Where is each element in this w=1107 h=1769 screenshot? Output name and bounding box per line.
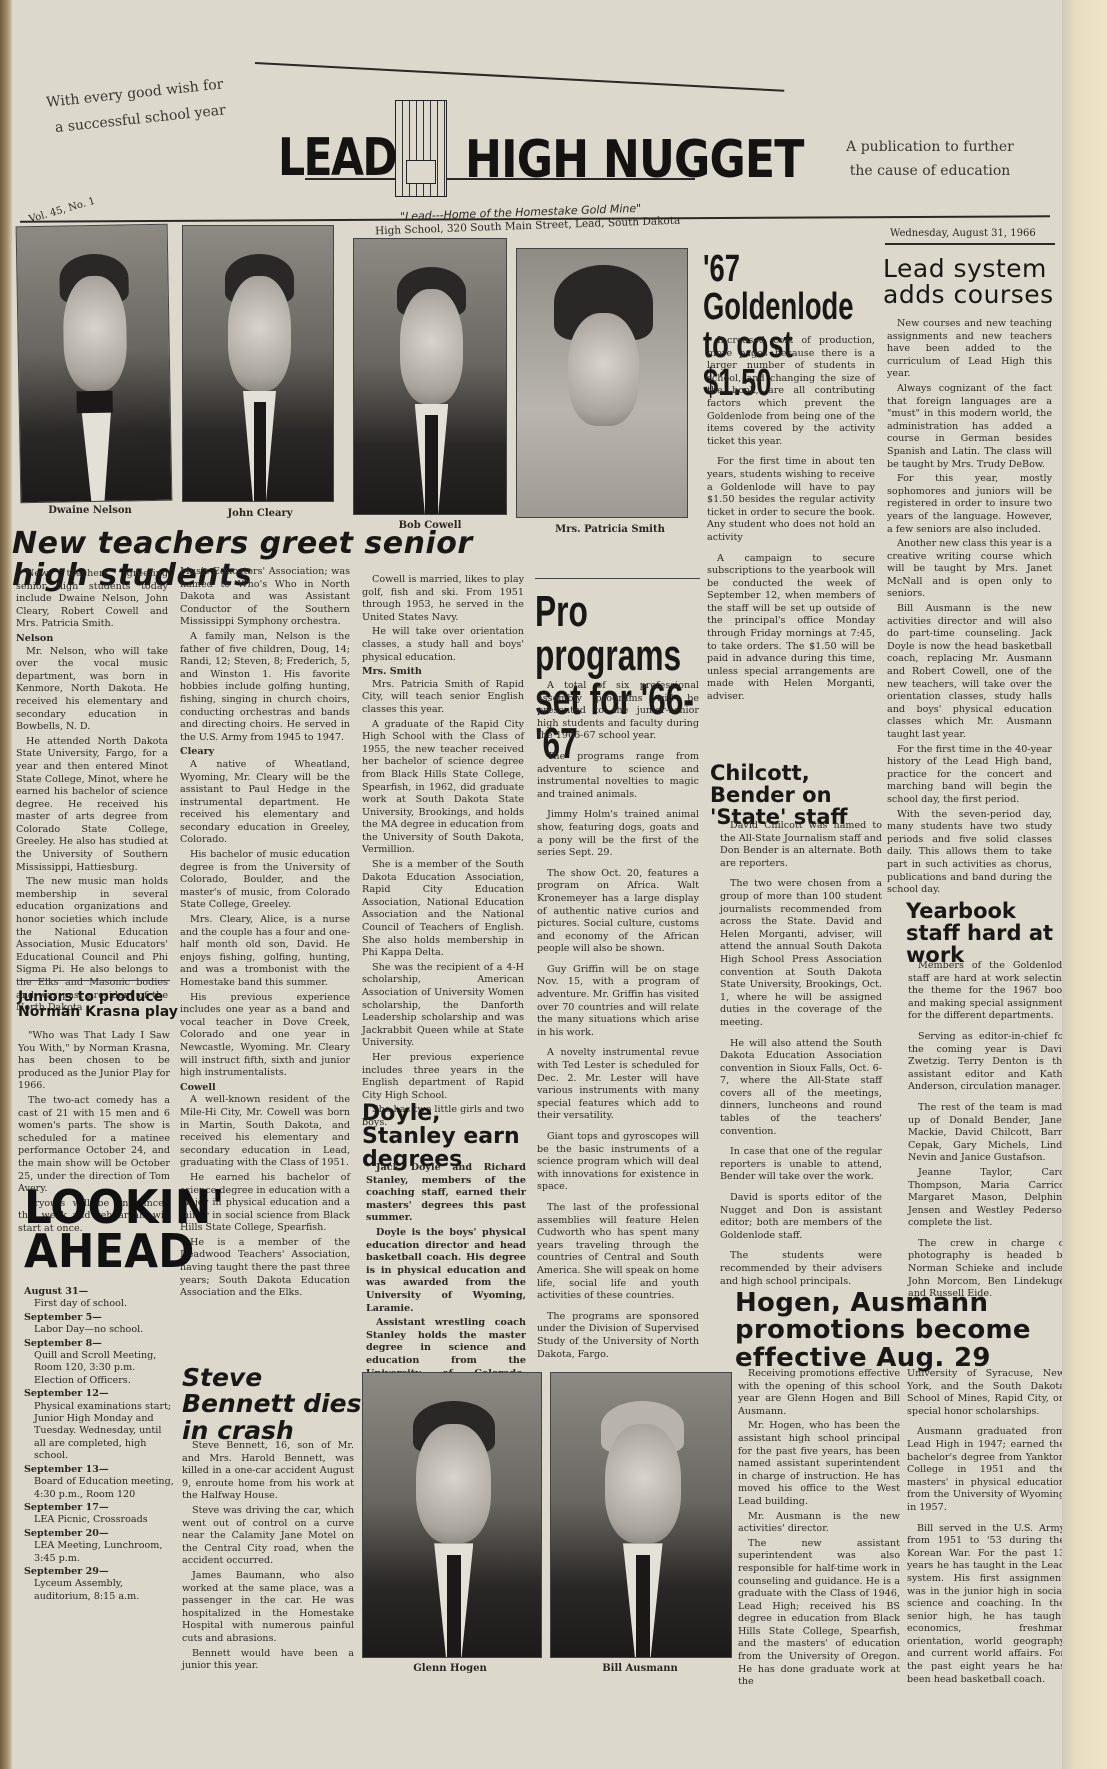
article-new-teachers-col3: Cowell is married, likes to play golf, f… — [362, 574, 524, 1132]
paragraph: A total of six professional assembly pro… — [537, 680, 699, 743]
paragraph: A graduate of the Rapid City High School… — [362, 719, 524, 858]
calendar-item: September 13—Board of Education meeting,… — [24, 1464, 176, 1501]
newspaper-page: With every good wish for a successful sc… — [10, 0, 1062, 1769]
paragraph: Cowell is married, likes to play golf, f… — [362, 574, 524, 624]
paragraph: Increased cost of production, more pages… — [707, 335, 875, 448]
paragraph: For this year, mostly sophomores and jun… — [887, 473, 1052, 536]
caption-bill-ausmann: Bill Ausmann — [580, 1663, 700, 1674]
calendar-item: September 8—Quill and Scroll Meeting, Ro… — [24, 1338, 176, 1388]
paragraph: Bennett would have been a junior this ye… — [182, 1648, 354, 1673]
caption-dwaine-nelson: Dwaine Nelson — [40, 505, 140, 516]
paragraph: Mr. Ausmann is the new activities' direc… — [738, 1511, 900, 1536]
paragraph: Giant tops and gyroscopes will be the ba… — [537, 1131, 699, 1194]
paragraph: A well-known resident of the Mile-Hi Cit… — [180, 1094, 350, 1170]
calendar-text: Board of Education meeting, 4:30 p.m., R… — [24, 1476, 176, 1501]
paragraph: Members of the Goldenlode staff are hard… — [908, 960, 1068, 1023]
paragraph: The rest of the team is made up of Donal… — [908, 1102, 1068, 1165]
calendar-item: September 29—Lyceum Assembly, auditorium… — [24, 1566, 176, 1603]
photo-dwaine-nelson — [16, 224, 173, 504]
calendar-item: September 12—Physical examinations start… — [24, 1388, 176, 1462]
paragraph: Bill served in the U.S. Army from 1951 t… — [907, 1523, 1065, 1687]
paragraph: The new assistant superintendent was als… — [738, 1538, 900, 1689]
paragraph: Mrs. Patricia Smith of Rapid City, will … — [362, 679, 524, 717]
calendar-text: Labor Day—no school. — [24, 1324, 176, 1336]
subhead-cowell: Cowell — [180, 1082, 350, 1095]
paragraph: "Who was That Lady I Saw You With," by N… — [18, 1030, 170, 1093]
paragraph: He will also attend the South Dakota Edu… — [720, 1038, 882, 1139]
calendar-text: LEA Meeting, Lunchroom, 3:45 p.m. — [24, 1540, 176, 1565]
paragraph: Jimmy Holm's trained animal show, featur… — [537, 809, 699, 859]
photo-bob-cowell — [353, 238, 507, 515]
subhead-cleary: Cleary — [180, 746, 350, 759]
photo-glenn-hogen — [362, 1372, 542, 1658]
headline-lead-system: Lead system adds courses — [883, 256, 1063, 309]
paragraph: For the first time in about ten years, s… — [707, 456, 875, 544]
paragraph: The students were recommended by their a… — [720, 1250, 882, 1288]
headline-hogen-ausmann: Hogen, Ausmann promotions become effecti… — [735, 1290, 1065, 1372]
paragraph: David is sports editor of the Nugget and… — [720, 1192, 882, 1242]
paragraph: Steve was driving the car, which went ou… — [182, 1505, 354, 1568]
calendar-item: September 5—Labor Day—no school. — [24, 1312, 176, 1337]
lookin-ahead-title: LOOKIN' AHEAD — [24, 1185, 225, 1273]
calendar-text: First day of school. — [24, 1298, 176, 1310]
paragraph: His bachelor of music education degree i… — [180, 849, 350, 912]
paragraph: A campaign to secure subscriptions to th… — [707, 553, 875, 704]
article-lead-system: New courses and new teaching assignments… — [887, 318, 1052, 899]
masthead-tagline-right: A publication to further the cause of ed… — [840, 135, 1020, 183]
calendar-item: August 31—First day of school. — [24, 1286, 176, 1311]
lookin-line: LOOKIN' — [24, 1185, 225, 1229]
paragraph: A family man, Nelson is the father of fi… — [180, 631, 350, 744]
paragraph: Doyle is the boys' physical education di… — [366, 1227, 526, 1315]
subhead-mrs-smith: Mrs. Smith — [362, 666, 524, 679]
photo-bill-ausmann — [550, 1372, 732, 1658]
paragraph: His previous experience includes one yea… — [180, 992, 350, 1080]
calendar-date: September 17— — [24, 1502, 176, 1514]
divider — [18, 980, 170, 981]
calendar-text: Lyceum Assembly, auditorium, 8:15 a.m. — [24, 1578, 176, 1603]
paragraph: Jeanne Taylor, Carol Thompson, Maria Car… — [908, 1167, 1068, 1230]
headline-doyle-stanley: Doyle, Stanley earn degrees — [362, 1102, 527, 1171]
book-binding-edge — [0, 0, 12, 1769]
paragraph: Ausmann graduated from Lead High in 1947… — [907, 1426, 1065, 1514]
page-edge — [1062, 0, 1107, 1769]
article-hogen-ausmann-col2: University of Syracuse, New York, and th… — [907, 1368, 1065, 1688]
paragraph: The programs range from adventure to sci… — [537, 751, 699, 801]
paragraph: The last of the professional assemblies … — [537, 1202, 699, 1303]
calendar-text: Quill and Scroll Meeting, Room 120, 3:30… — [24, 1350, 176, 1387]
headline-chilcott-bender: Chilcott, Bender on 'State' staff — [710, 762, 885, 828]
caption-john-cleary: John Cleary — [210, 508, 310, 519]
subhead-nelson: Nelson — [16, 633, 168, 646]
tagline-right-line2: the cause of education — [840, 159, 1020, 183]
article-bennett: Steve Bennett, 16, son of Mr. and Mrs. H… — [182, 1440, 354, 1675]
masthead-tagline-left: With every good wish for a successful sc… — [45, 71, 227, 141]
photo-john-cleary — [182, 225, 334, 502]
headline-bennett: Steve Bennett dies in crash — [182, 1365, 362, 1444]
paragraph: Music Educators' Association; was named … — [180, 566, 350, 629]
paragraph: Steve Bennett, 16, son of Mr. and Mrs. H… — [182, 1440, 354, 1503]
paragraph: The two were chosen from a group of more… — [720, 878, 882, 1029]
paragraph: The show Oct. 20, features a program on … — [537, 868, 699, 956]
article-goldenlode: Increased cost of production, more pages… — [707, 335, 875, 706]
paragraph: With the seven-period day, many students… — [887, 809, 1052, 897]
article-new-teachers-col1: New teachers greeting senior high studen… — [16, 568, 168, 1017]
photo-patricia-smith — [516, 248, 688, 518]
paragraph: Guy Griffin will be on stage Nov. 15, wi… — [537, 964, 699, 1040]
calendar-date: September 8— — [24, 1338, 176, 1350]
caption-patricia-smith: Mrs. Patricia Smith — [550, 524, 670, 535]
paragraph: New teachers greeting senior high studen… — [16, 568, 168, 631]
headframe-logo-icon — [395, 100, 447, 197]
article-chilcott-bender: David Chilcott was named to the All-Stat… — [720, 820, 882, 1290]
article-hogen-ausmann-col1: Receiving promotions effective with the … — [738, 1368, 900, 1691]
calendar-date: September 29— — [24, 1566, 176, 1578]
paragraph: Serving as editor-in-chief for the comin… — [908, 1031, 1068, 1094]
masthead-title-lead: LEAD — [278, 128, 396, 188]
paragraph: James Baumann, who also worked at the sa… — [182, 1570, 354, 1646]
paragraph: University of Syracuse, New York, and th… — [907, 1368, 1065, 1418]
paragraph: She was the recipient of a 4-H scholarsh… — [362, 962, 524, 1050]
calendar-text: Physical examinations start; Junior High… — [24, 1401, 176, 1463]
paragraph: Bill Ausmann is the new activities direc… — [887, 603, 1052, 742]
dateline-rule — [885, 243, 1055, 245]
calendar-date: September 20— — [24, 1528, 176, 1540]
paragraph: She is a member of the South Dakota Educ… — [362, 859, 524, 960]
calendar-date: September 12— — [24, 1388, 176, 1400]
ahead-line: AHEAD — [24, 1229, 225, 1273]
paragraph: The programs are sponsored under the Div… — [537, 1311, 699, 1361]
paragraph: Jack Doyle and Richard Stanley, members … — [366, 1162, 526, 1225]
article-yearbook: Members of the Goldenlode staff are hard… — [908, 960, 1068, 1303]
paragraph: He attended North Dakota State Universit… — [16, 736, 168, 875]
calendar-date: September 5— — [24, 1312, 176, 1324]
paragraph: Her previous experience includes three y… — [362, 1052, 524, 1102]
paragraph: A native of Wheatland, Wyoming, Mr. Clea… — [180, 759, 350, 847]
calendar-item: September 17—LEA Picnic, Crossroads — [24, 1502, 176, 1527]
paragraph: New courses and new teaching assignments… — [887, 318, 1052, 381]
paragraph: Mr. Nelson, who will take over the vocal… — [16, 646, 168, 734]
calendar-date: August 31— — [24, 1286, 176, 1298]
paragraph: Mrs. Cleary, Alice, is a nurse and the c… — [180, 914, 350, 990]
caption-glenn-hogen: Glenn Hogen — [390, 1663, 510, 1674]
calendar-list: August 31—First day of school. September… — [24, 1285, 176, 1603]
paragraph: A novelty instrumental revue with Ted Le… — [537, 1047, 699, 1123]
calendar-text: LEA Picnic, Crossroads — [24, 1514, 176, 1526]
paragraph: In case that one of the regular reporter… — [720, 1146, 882, 1184]
paragraph: He will take over orientation classes, a… — [362, 626, 524, 664]
article-pro-programs: A total of six professional assembly pro… — [537, 680, 699, 1363]
paragraph: For the first time in the 40-year histor… — [887, 744, 1052, 807]
headline-yearbook: Yearbook staff hard at work — [906, 900, 1066, 966]
paragraph: Receiving promotions effective with the … — [738, 1368, 900, 1418]
masthead-rule-top — [255, 62, 784, 92]
tagline-right-line1: A publication to further — [840, 135, 1020, 159]
divider — [535, 578, 700, 579]
calendar-date: September 13— — [24, 1464, 176, 1476]
calendar-item: September 20—LEA Meeting, Lunchroom, 3:4… — [24, 1528, 176, 1565]
paragraph: Mr. Hogen, who has been the assistant hi… — [738, 1420, 900, 1508]
headline-junior-play: Juniors to produce Norman Krasna play — [18, 990, 178, 1019]
paragraph: David Chilcott was named to the All-Stat… — [720, 820, 882, 870]
paragraph: Another new class this year is a creativ… — [887, 538, 1052, 601]
paragraph: Always cognizant of the fact that foreig… — [887, 383, 1052, 471]
issue-date: Wednesday, August 31, 1966 — [890, 228, 1036, 239]
masthead-title-nugget: HIGH NUGGET — [465, 130, 804, 190]
article-doyle-stanley: Jack Doyle and Richard Stanley, members … — [366, 1162, 526, 1395]
